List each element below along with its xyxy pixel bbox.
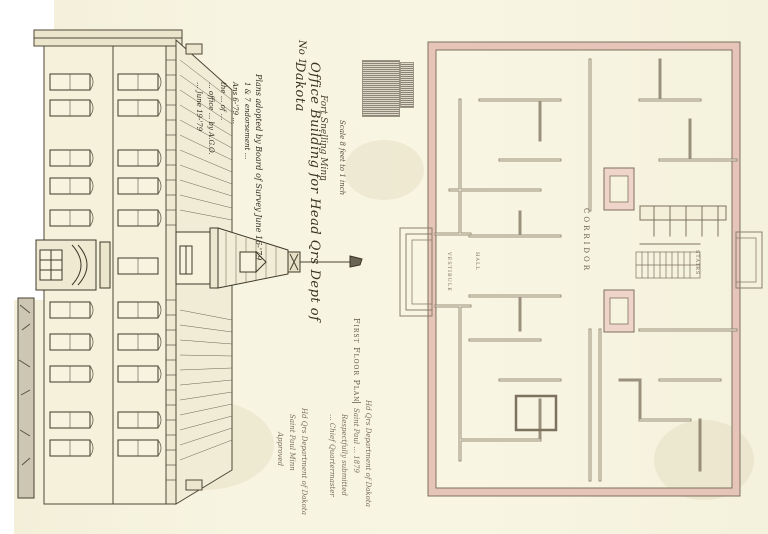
newspaper-clipping [362, 60, 400, 117]
board-note-line-1: Plans adopted by Board of Survey June 16… [252, 74, 265, 260]
signature-block-2-line-1: Hd Qrs Department of Dakota [362, 400, 373, 507]
floor-plan-label: First Floor Plan [352, 318, 361, 403]
room-label-stairs: STAIRS [694, 250, 700, 275]
drawing-location: Fort Snelling Minn [318, 95, 328, 181]
signature-block-1-line-3: Approved [274, 432, 285, 466]
floor-plan [400, 42, 762, 496]
staircase [636, 252, 700, 278]
board-note-line-2: 1 & 7 endorsement ... [240, 82, 253, 159]
newspaper-clipping-small [400, 62, 414, 108]
board-note-line-3: Ans 6-'79 ... [228, 82, 241, 124]
room-label-hall: HALL [474, 252, 480, 271]
board-note-line-5: ... office ... by A.G.O. [204, 82, 217, 155]
foundation-stone [18, 298, 34, 498]
sheet-number: No 1 [296, 40, 307, 64]
signature-block-2-line-2: Saint Paul ... 1879 [350, 408, 361, 473]
board-note-line-4: the ... of ... [216, 82, 229, 120]
closets [640, 206, 726, 244]
drawing-scale: Scale 8 feet to 1 inch [338, 120, 346, 195]
signature-block-1-line-2: Saint Paul Minn [286, 414, 297, 471]
signature-block-1-line-1: Hd Qrs Department of Dakota [298, 408, 309, 515]
board-note-line-6: ... June 19-'79 [192, 82, 205, 131]
signature-block-2-line-4: ... Chief Quartermaster [326, 414, 337, 497]
corridor-label: CORRIDOR [582, 208, 590, 273]
room-label-vestibule: VESTIBULE [446, 252, 452, 292]
signature-block-2-line-3: Respectfully submitted [338, 414, 349, 496]
tower [176, 228, 362, 288]
